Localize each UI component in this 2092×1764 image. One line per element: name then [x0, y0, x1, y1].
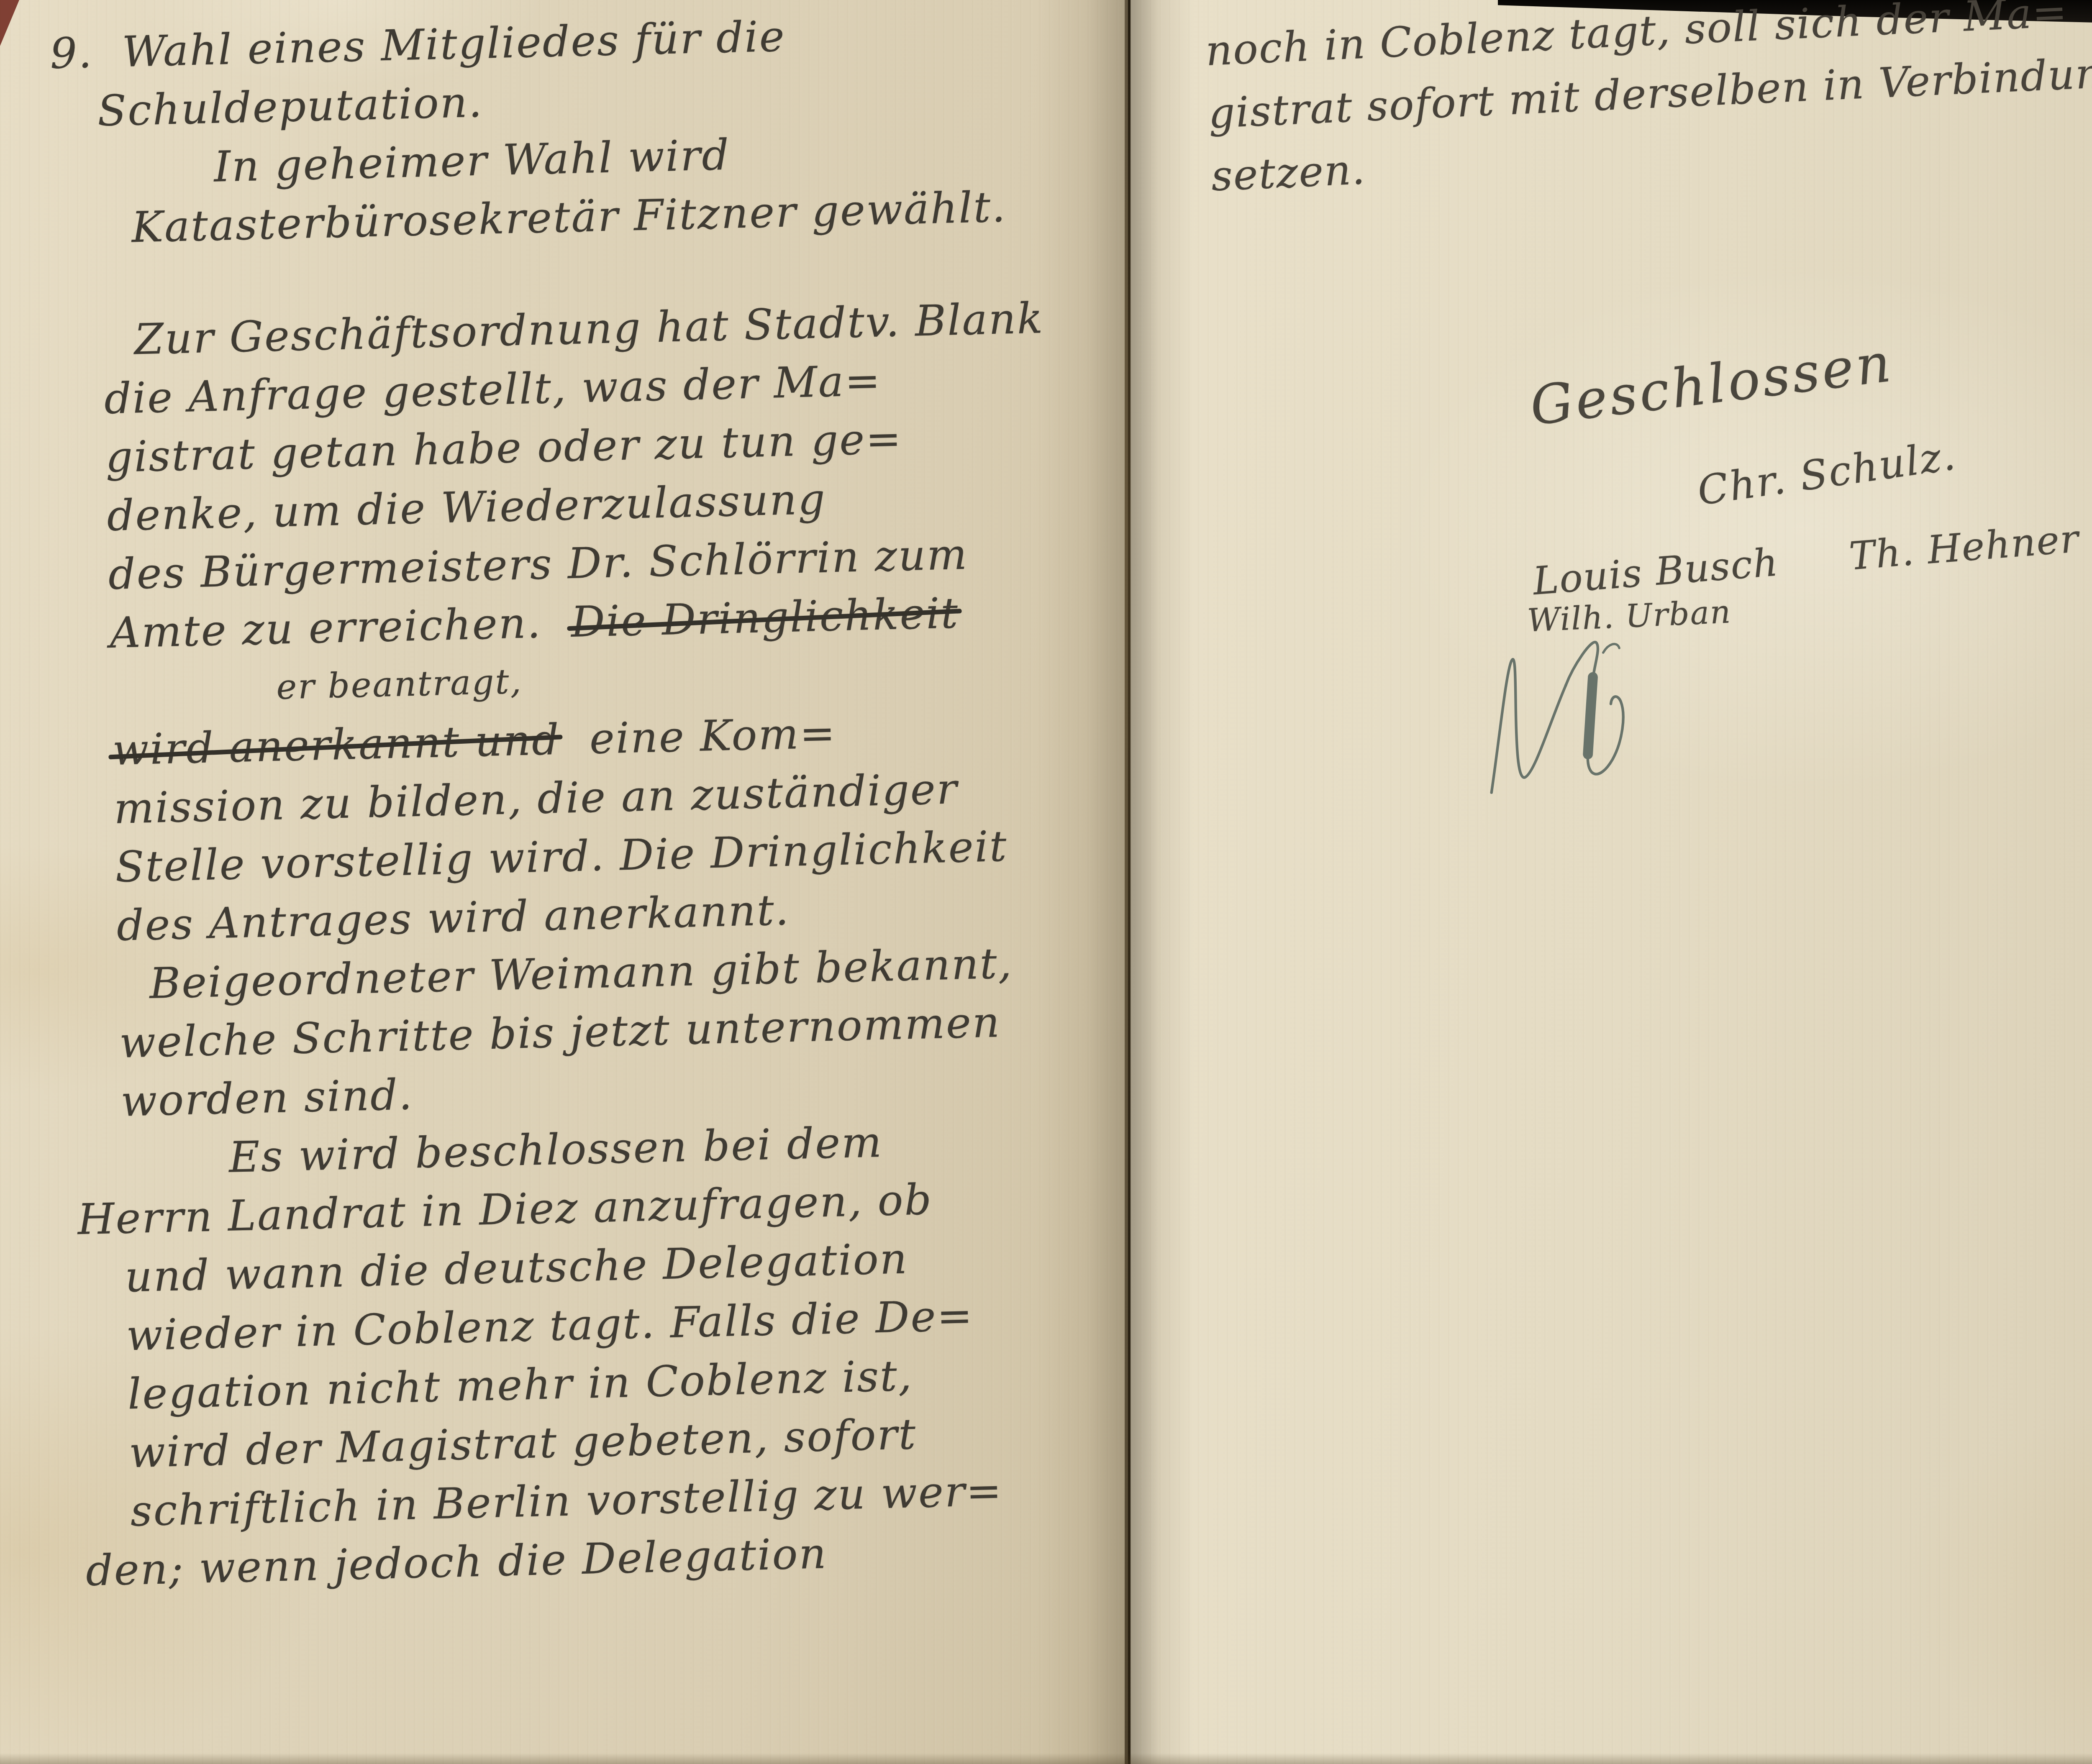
manuscript-scan: 9.Wahl eines Mitgliedes für die Schuldep… — [0, 0, 2092, 1764]
signature-spacer — [1779, 570, 1850, 575]
line-text: Wahl eines Mitgliedes für die — [122, 12, 786, 77]
line-text: Amte zu erreichen. — [109, 598, 542, 658]
signature-paraph-flourish — [1477, 611, 1745, 820]
page-bottom-shadow — [0, 1753, 2092, 1764]
right-page — [1131, 0, 2092, 1764]
item-number: 9. — [49, 23, 94, 83]
paper-texture — [1131, 0, 2092, 1764]
insertion-text: er beantragt, — [276, 662, 523, 707]
struck-text: Die Dringlichkeit — [570, 584, 960, 651]
left-page-text: 9.Wahl eines Mitgliedes für die Schuldep… — [49, 0, 1132, 1600]
line-text: eine Kom= — [589, 708, 837, 763]
struck-text: wird anerkannt und — [112, 710, 561, 779]
